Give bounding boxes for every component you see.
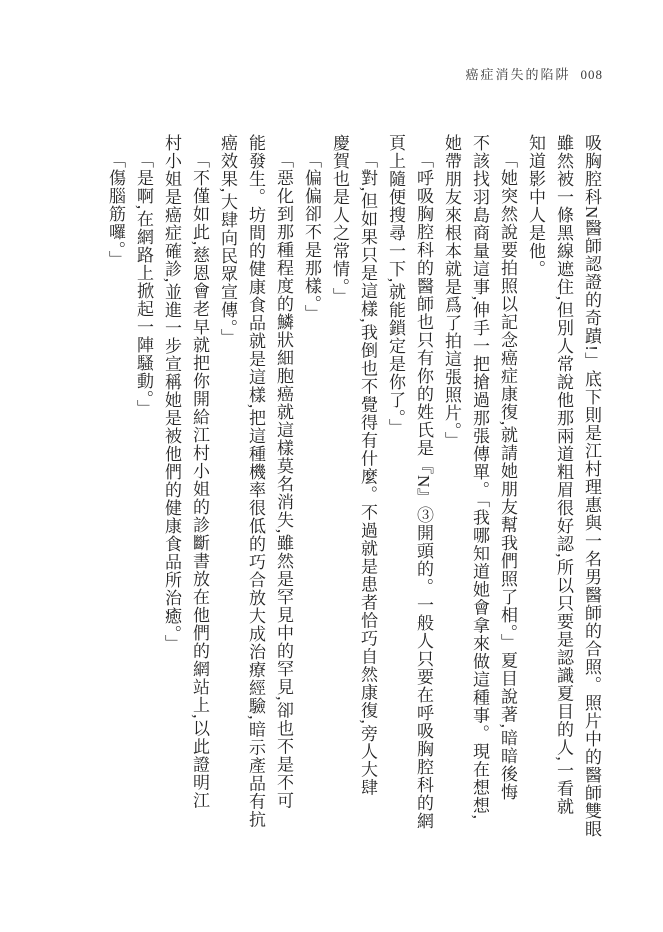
text-column: 不該找羽島商量這事,伸手一把搶過那張傳單。「我哪知道她會拿來做這種事。現在想想, xyxy=(465,134,493,860)
text-column: 「呼吸胸腔科的醫師也只有你的姓氏是『N』③開頭的。一般人只要在呼吸胸腔科的網 xyxy=(409,134,437,860)
text-column: 慶賀也是人之常情。」 xyxy=(325,134,353,860)
text-column: 「傷腦筋囉。」 xyxy=(101,134,129,860)
text-column: 能發生。坊間的健康食品就是這樣,把這種機率很低的巧合放大成治療經驗,暗示產品有抗 xyxy=(241,134,269,860)
text-column: 知道影中人是他。 xyxy=(521,134,549,860)
book-title: 癌症消失的陷阱 xyxy=(465,67,570,82)
text-column: 她帶朋友來根本就是爲了拍這張照片。」 xyxy=(437,134,465,860)
book-page: 癌症消失的陷阱008 吸胸腔科N醫師認證的奇蹟!」底下則是江村理惠與一名男醫師的… xyxy=(0,0,663,932)
running-head: 癌症消失的陷阱008 xyxy=(465,64,603,83)
text-column: 「惡化到那種程度的鱗狀細胞癌就這樣莫名消失,雖然是罕見中的罕見,卻也不是不可 xyxy=(269,134,297,860)
text-column: 「對,但如果只是這樣,我倒也不覺得有什麼。不過就是患者恰巧自然康復,旁人大肆 xyxy=(353,134,381,860)
text-block: 吸胸腔科N醫師認證的奇蹟!」底下則是江村理惠與一名男醫師的合照。照片中的醫師雙眼… xyxy=(101,134,605,860)
text-column: 癌效果,大肆向民眾宣傳。」 xyxy=(213,134,241,860)
text-column: 「是啊,在網路上掀起一陣騷動。」 xyxy=(129,134,157,860)
text-column: 「偏偏卻不是那樣。」 xyxy=(297,134,325,860)
text-column: 吸胸腔科N醫師認證的奇蹟!」底下則是江村理惠與一名男醫師的合照。照片中的醫師雙眼 xyxy=(577,134,605,860)
text-column: 「不僅如此,慈恩會老早就把你開給江村小姐的診斷書放在他們的網站上,以此證明江 xyxy=(185,134,213,860)
text-column: 雖然被一條黑線遮住,但別人常說他那兩道粗眉很好認,所以只要是認識夏目的人,一看就 xyxy=(549,134,577,860)
page-number: 008 xyxy=(581,67,604,82)
text-column: 「她突然說要拍照以記念癌症康復,就請她朋友幫我們照了相。」夏目說著,暗暗後悔 xyxy=(493,134,521,860)
text-column: 頁上隨便搜尋一下,就能鎖定是你了。」 xyxy=(381,134,409,860)
text-column: 村小姐是癌症確診,並進一步宣稱她是被他們的健康食品所治癒。」 xyxy=(157,134,185,860)
